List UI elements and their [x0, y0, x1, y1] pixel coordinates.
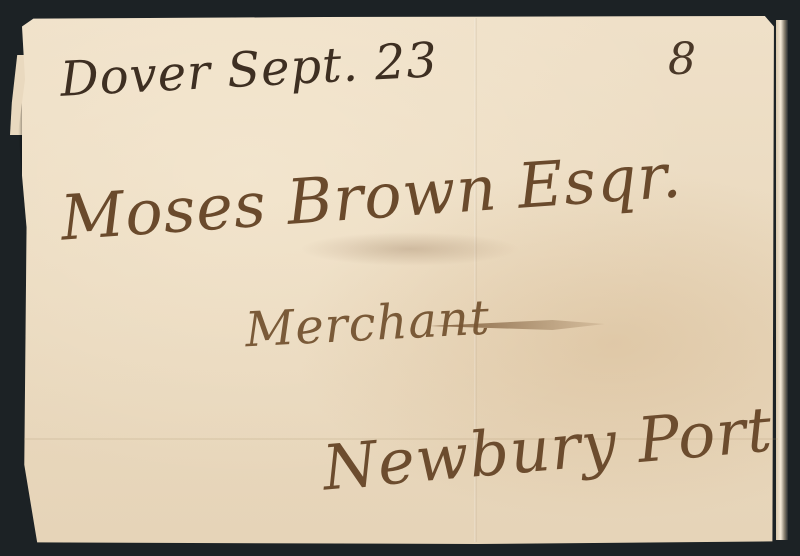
ink-smudge: [300, 232, 520, 266]
rate-marking: 8: [668, 34, 697, 85]
folded-right-edge: [776, 20, 788, 540]
